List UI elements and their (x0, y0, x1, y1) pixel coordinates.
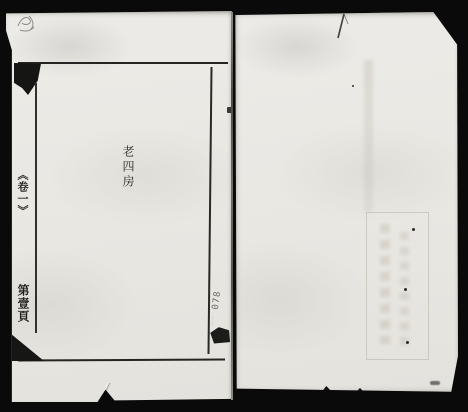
page-number-label: 第壹頁 (15, 284, 32, 332)
bleed-through-band (364, 60, 373, 212)
frame-top-rule (18, 62, 228, 64)
ink-speck (412, 228, 415, 231)
corner-shadow-triangle (12, 329, 44, 361)
pen-mark (334, 12, 352, 42)
frame-corner-ink-blob (14, 63, 41, 95)
frame-bottom-rule (18, 358, 225, 361)
bleed-through-text-column (380, 224, 390, 344)
book-gutter-line (231, 12, 233, 400)
page-edge-notch (320, 386, 334, 394)
left-page: 老四房 ︽卷一︾ 第壹頁 ·· ·· 078 (6, 11, 232, 402)
scan-background: 老四房 ︽卷一︾ 第壹頁 ·· ·· 078 (0, 0, 468, 412)
bleed-through-text-column (400, 232, 409, 350)
ink-speck (404, 288, 407, 291)
edge-smear (430, 381, 440, 385)
frame-left-rule (35, 83, 37, 333)
handwritten-scribble (15, 12, 41, 36)
paper-crease (94, 383, 116, 401)
page-title: 老四房 (120, 145, 137, 205)
bleed-through-frame (366, 212, 429, 360)
page-edge-notch (354, 388, 366, 394)
volume-label: ︽卷一︾ (14, 169, 30, 231)
ink-speck (406, 341, 409, 344)
ink-speck (352, 85, 354, 87)
right-page (234, 12, 458, 394)
archive-stamp-number: 078 (211, 275, 227, 310)
ink-stamp-mark (209, 325, 231, 346)
